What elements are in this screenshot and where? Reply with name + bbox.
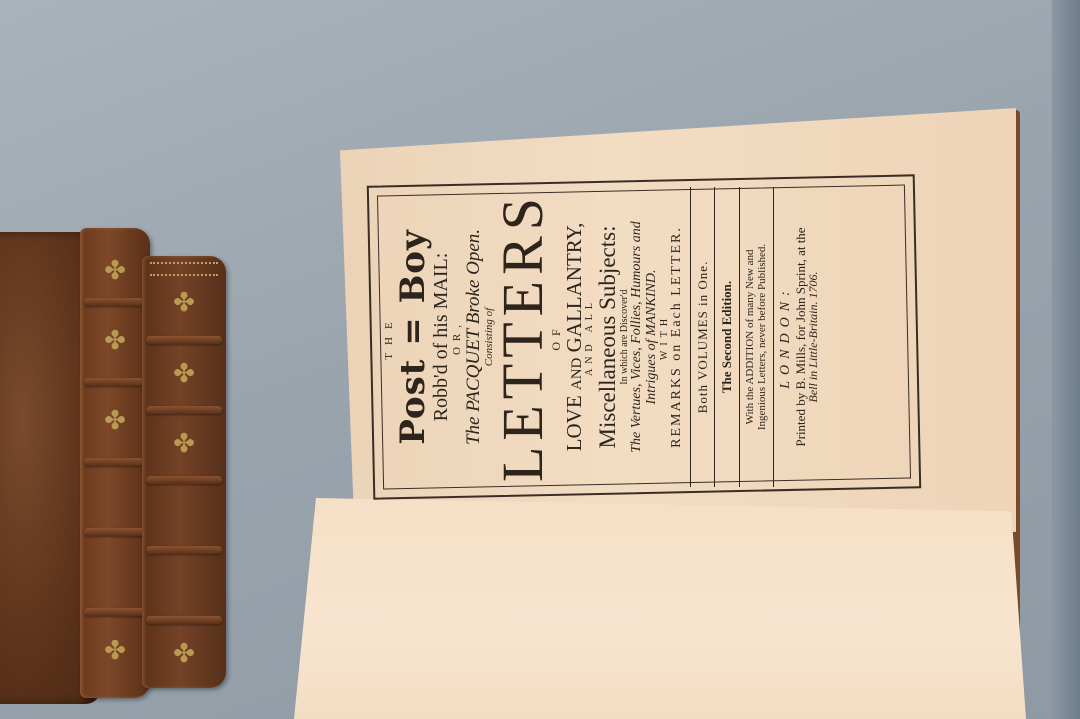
- gilt-flower-icon: ✤: [173, 641, 195, 667]
- raised-band: [84, 528, 146, 536]
- divider: [714, 187, 715, 487]
- raised-band: [84, 458, 146, 466]
- raised-band: [84, 608, 146, 616]
- gilt-flower-icon: ✤: [173, 290, 195, 316]
- title-vertues-1: The Vertues, Vices, Follies, Humours and: [630, 187, 645, 487]
- raised-band: [146, 546, 222, 554]
- divider: [690, 187, 691, 487]
- title-page-text: THE Post = Boy Robb'd of his MAIL: OR, T…: [384, 187, 904, 487]
- gilt-border-decoration: [150, 262, 218, 276]
- blank-facing-page: [294, 498, 1026, 719]
- raised-band: [146, 476, 222, 484]
- title-alt: The PACQUET Broke Open.: [464, 187, 484, 487]
- title-main: Post = Boy: [396, 187, 432, 487]
- title-misc: Miscellaneous Subjects:: [596, 187, 620, 487]
- title-printed-2: Bell in Little-Britain. 1706.: [807, 187, 820, 487]
- raised-band: [84, 378, 146, 386]
- title-printed-1: Printed by B. Mills, for John Sprint, at…: [794, 187, 808, 487]
- raised-band: [84, 298, 146, 306]
- leather-book-spine-1: ✤ ✤ ✤ ✤: [80, 228, 150, 698]
- gilt-flower-icon: ✤: [173, 361, 195, 387]
- divider: [773, 187, 774, 487]
- title-subtitle: Robb'd of his MAIL:: [431, 187, 452, 487]
- title-edition: The Second Edition.: [720, 187, 734, 487]
- divider: [739, 187, 740, 487]
- title-london: LONDON:: [779, 187, 794, 487]
- title-vertues-2: Intrigues of MANKIND.: [645, 187, 660, 487]
- title-love: LOVE and GALLANTRY,: [563, 187, 585, 487]
- gilt-flower-icon: ✤: [104, 408, 126, 434]
- gilt-flower-icon: ✤: [104, 638, 126, 664]
- raised-band: [146, 406, 222, 414]
- gilt-flower-icon: ✤: [173, 431, 195, 457]
- title-addition-1: With the ADDITION of many New and: [745, 187, 757, 487]
- raised-band: [146, 616, 222, 624]
- title-remarks: REMARKS on Each LETTER.: [670, 187, 685, 487]
- leather-book-spine-2: ✤ ✤ ✤ ✤: [142, 256, 226, 688]
- title-addition-2: Ingenious Letters, never before Publishe…: [757, 187, 769, 487]
- raised-band: [146, 336, 222, 344]
- gilt-flower-icon: ✤: [104, 328, 126, 354]
- gilt-flower-icon: ✤: [104, 258, 126, 284]
- title-letters: LETTERS: [495, 187, 550, 487]
- cloth-surface-edge: [1052, 0, 1080, 719]
- title-both-volumes: Both VOLUMES in One.: [696, 187, 710, 487]
- title-and-all: AND ALL: [585, 187, 596, 487]
